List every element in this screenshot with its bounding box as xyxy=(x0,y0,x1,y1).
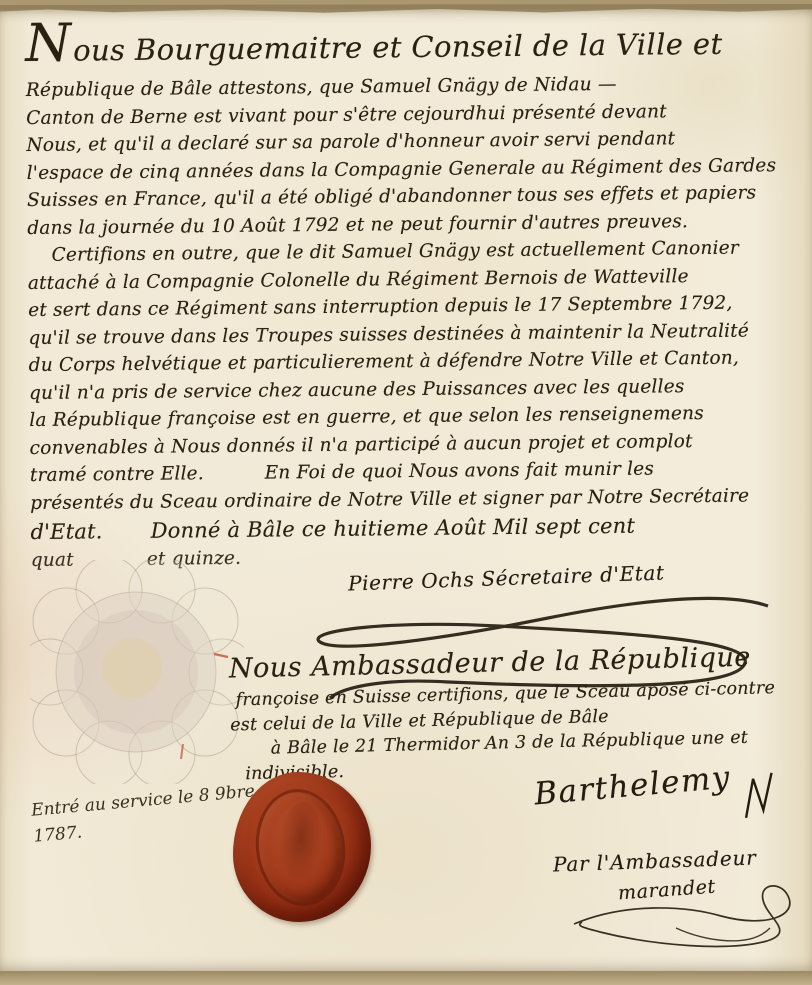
signature-paraph-icon xyxy=(738,770,787,824)
pen-flourish-icon xyxy=(556,868,812,960)
certificate-body: Nous Bourguemaitre et Conseil de la Vill… xyxy=(25,10,803,575)
embossed-paper-seal xyxy=(30,560,244,784)
scanned-manuscript-page: Nous Bourguemaitre et Conseil de la Vill… xyxy=(0,0,812,985)
paper-bottom-edge xyxy=(0,971,812,985)
manuscript-line: Nous Bourguemaitre et Conseil de la Vill… xyxy=(25,10,798,77)
